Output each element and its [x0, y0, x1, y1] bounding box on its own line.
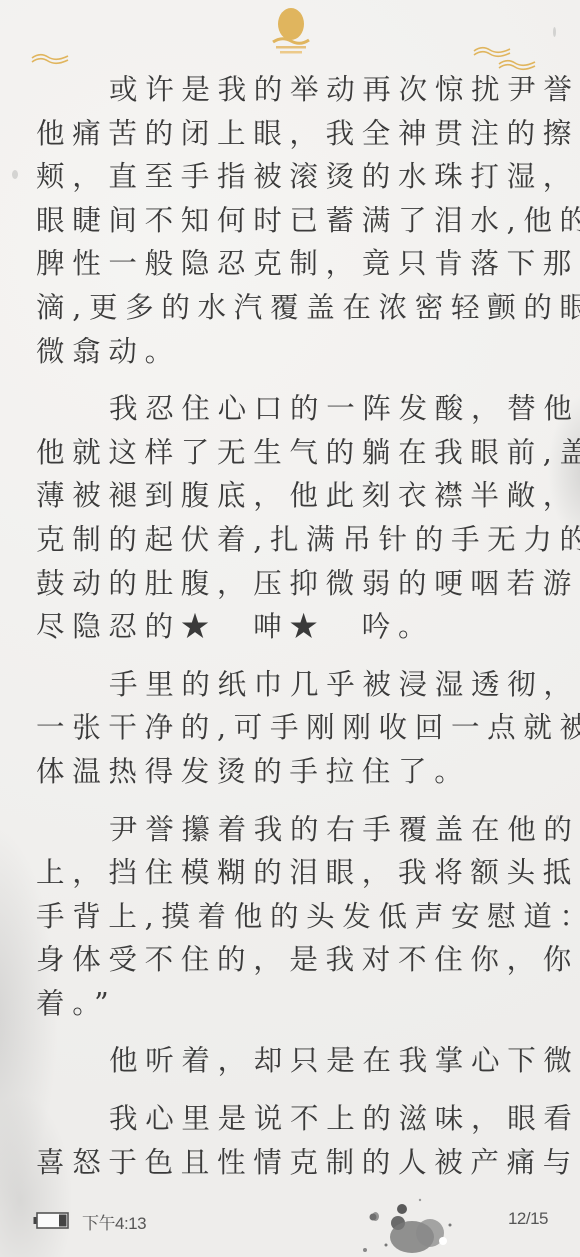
clock-time: 下午4:13 [82, 1209, 146, 1234]
text-line: 手里的纸巾几乎被浸湿透彻，我想再换 [36, 663, 556, 707]
paragraph: 我忍住心口的一阵发酸，替他擦着泪目， 他就这样了无生气的躺在我眼前,盖在身上的 … [36, 387, 556, 649]
text-line: 他痛苦的闭上眼，我全神贯注的擦着他的脸 [36, 112, 556, 156]
paragraph: 他听着，却只是在我掌心下微微摇着头。 [36, 1039, 556, 1083]
paper-speck [553, 27, 556, 37]
text-line: 我心里是说不上的滋味，眼看一个鲜少 [36, 1097, 556, 1141]
text-line: 上，挡住模糊的泪眼，我将额头抵在他发颤的 [36, 851, 556, 895]
text-line: 一张干净的,可手刚刚收回一点就被满是汗水 [36, 706, 556, 750]
paragraph: 我心里是说不上的滋味，眼看一个鲜少 喜怒于色且性情克制的人被产痛与自己折磨 [36, 1097, 556, 1184]
text-line: 喜怒于色且性情克制的人被产痛与自己折磨 [36, 1141, 556, 1185]
text-line: 脾性一般隐忍克制，竟只肯落下那沉重的一 [36, 242, 556, 286]
text-line: 身体受不住的，是我对不住你，你别这样忍 [36, 938, 556, 982]
text-line: 颊，直至手指被滚烫的水珠打湿，他闭着眼， [36, 155, 556, 199]
text-line: 克制的起伏着,扎满吊针的手无力的安抚剧烈 [36, 518, 556, 562]
wave-icon [472, 45, 512, 59]
text-line: 眼睫间不知何时已蓄满了泪水,他的泪似他的 [36, 199, 556, 243]
text-line: 他听着，却只是在我掌心下微微摇着头。 [36, 1039, 556, 1083]
text-line: 手背上,摸着他的头发低声安慰道：“别这样, [36, 895, 556, 939]
text-line: 鼓动的肚腹，压抑微弱的哽咽若游丝，似他竭 [36, 562, 556, 606]
reader-status-bar: 下午4:13 12/15 [0, 1206, 580, 1234]
text-line: 我忍住心口的一阵发酸，替他擦着泪目， [36, 387, 556, 431]
paper-speck [12, 170, 18, 179]
text-line: 他就这样了无生气的躺在我眼前,盖在身上的 [36, 431, 556, 475]
text-line: 滴,更多的水汽覆盖在浓密轻颤的眼睫上，微 [36, 286, 556, 330]
paragraph: 手里的纸巾几乎被浸湿透彻，我想再换 一张干净的,可手刚刚收回一点就被满是汗水 体… [36, 663, 556, 794]
reader-content[interactable]: 或许是我的举动再次惊扰尹誉的心绪， 他痛苦的闭上眼，我全神贯注的擦着他的脸 颊，… [36, 68, 556, 1198]
text-line: 尽隐忍的★ 呻★ 吟。 [36, 605, 556, 649]
text-line: 体温热得发烫的手拉住了。 [36, 750, 556, 794]
paragraph: 或许是我的举动再次惊扰尹誉的心绪， 他痛苦的闭上眼，我全神贯注的擦着他的脸 颊，… [36, 68, 556, 373]
page-indicator: 12/15 [508, 1209, 548, 1229]
paragraph: 尹誉攥着我的右手覆盖在他的眉眼之 上，挡住模糊的泪眼，我将额头抵在他发颤的 手背… [36, 808, 556, 1026]
text-line: 或许是我的举动再次惊扰尹誉的心绪， [36, 68, 556, 112]
sun-over-waves-icon [270, 6, 312, 56]
text-line: 尹誉攥着我的右手覆盖在他的眉眼之 [36, 808, 556, 852]
text-line: 着。” [36, 982, 556, 1026]
text-line: 薄被褪到腹底，他此刻衣襟半敞，单薄的胸膛 [36, 474, 556, 518]
text-line: 微翕动。 [36, 330, 556, 374]
wave-icon [30, 52, 70, 66]
battery-low-icon [33, 1212, 69, 1229]
